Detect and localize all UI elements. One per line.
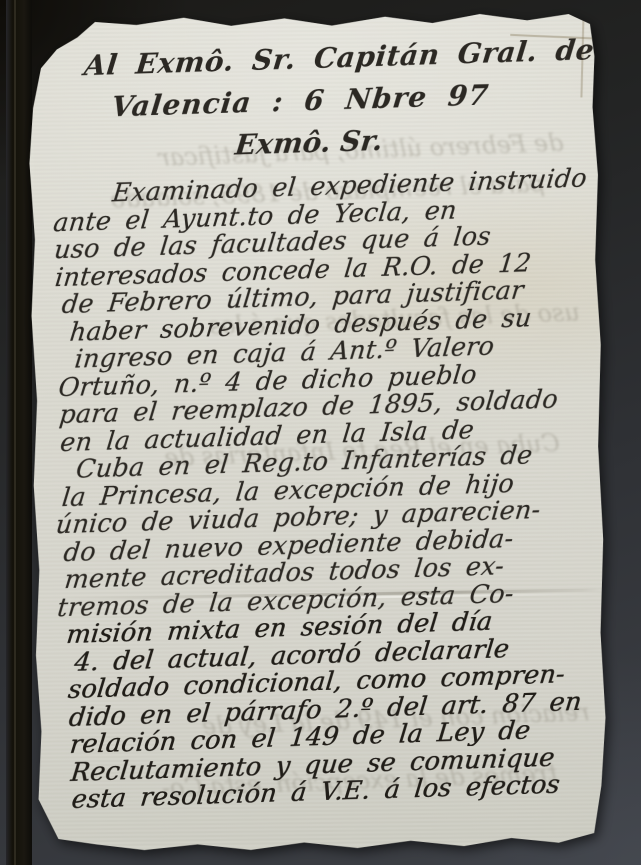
page-stack-edge xyxy=(14,0,16,865)
addressee-line: Al Exmô. Sr. Capitán Gral. de xyxy=(83,33,596,82)
manuscript-page-wrap: de Febrero último, para justificar para … xyxy=(18,5,618,859)
manuscript-page: de Febrero último, para justificar para … xyxy=(18,5,618,859)
salutation-line: Exmô. Sr. xyxy=(11,117,606,169)
handwritten-text: Al Exmô. Sr. Capitán Gral. de Valencia :… xyxy=(9,0,627,865)
photo-background: de Febrero último, para justificar para … xyxy=(0,0,641,865)
letter-body: Examinado el expediente instruido ante e… xyxy=(38,165,622,815)
place-date-line: Valencia : 6 Nbre 97 xyxy=(110,78,491,123)
